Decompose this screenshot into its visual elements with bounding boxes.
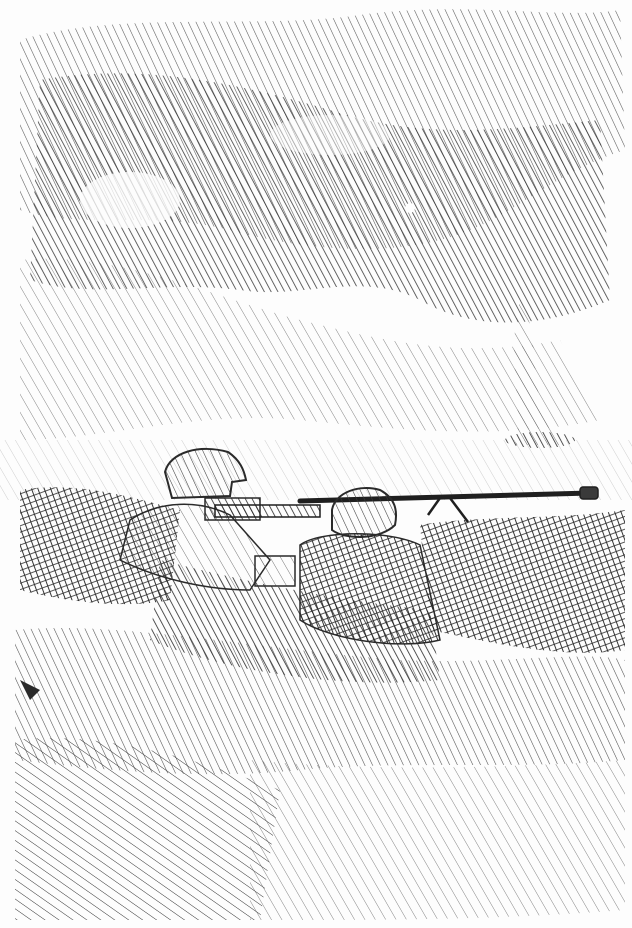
muzzle-brake <box>580 487 598 499</box>
ink-illustration <box>0 0 632 928</box>
illustration-canvas: Pen-and-ink illustration: anti-tank rifl… <box>0 0 632 928</box>
foreground-grass <box>15 628 625 920</box>
